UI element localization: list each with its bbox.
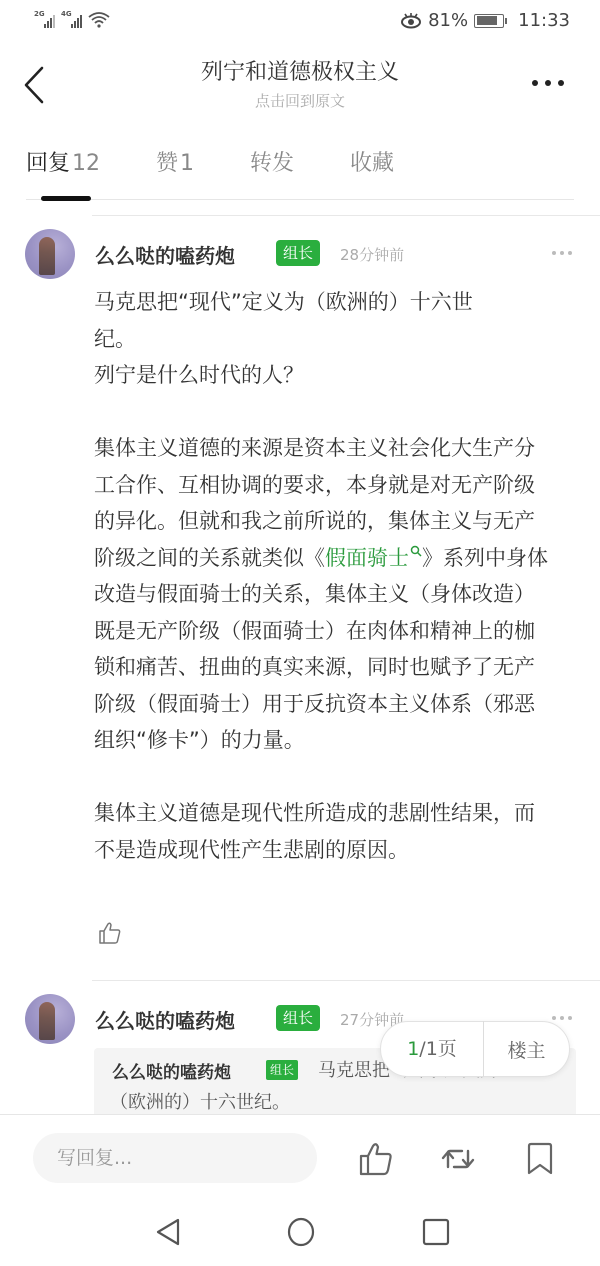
divider (92, 215, 600, 216)
quote-author: 么么哒的嗑药炮 (112, 1058, 231, 1083)
page-pill: 1/1页 楼主 (380, 1021, 570, 1077)
chevron-left-icon[interactable] (20, 64, 50, 106)
comment-time: 28分钟前 (340, 244, 404, 265)
quote-text: （欧洲的）十六世纪。 (110, 1088, 290, 1114)
active-tab-indicator (41, 196, 91, 201)
avatar[interactable] (25, 994, 75, 1044)
thumbs-up-icon[interactable] (98, 921, 122, 945)
signal-label: 4G (61, 10, 72, 18)
more-horizontal-icon[interactable] (532, 80, 564, 86)
search-link[interactable]: 假面骑士 (325, 546, 422, 570)
wifi-icon (88, 12, 110, 28)
signal-label: 2G (34, 10, 45, 18)
tab-label: 转发 (250, 151, 294, 176)
comment-more-icon[interactable] (552, 251, 572, 255)
avatar[interactable] (25, 229, 75, 279)
comment-body: 马克思把“现代”定义为（欧洲的）十六世 纪。 列宁是什么时代的人？ 集体主义道德… (94, 284, 554, 868)
page-title: 列宁和道德极权主义 (100, 58, 500, 88)
text-span: 》系列中身体改造与假面骑士的关系，集体主义（身体改造）既是无产阶级（假面骑士）在… (94, 546, 548, 753)
circle-home-icon[interactable] (285, 1216, 317, 1248)
tab-reposts[interactable]: 转发 (250, 146, 294, 177)
text-line: 马克思把“现代”定义为（欧洲的）十六世 (94, 284, 554, 321)
tab-count: 1 (180, 151, 194, 176)
status-left: 2G 4G (34, 12, 110, 28)
tab-replies[interactable]: 回复12 (26, 146, 100, 177)
eye-comfort-icon (400, 13, 422, 29)
tab-label: 赞 (156, 151, 178, 176)
repost-icon[interactable] (440, 1141, 476, 1177)
page-indicator[interactable]: 1/1页 (381, 1021, 484, 1077)
comment-author[interactable]: 么么哒的嗑药炮 (95, 1005, 235, 1034)
signal-2g-icon: 2G (34, 12, 55, 28)
reply-input[interactable]: 写回复... (33, 1133, 317, 1183)
triangle-back-icon[interactable] (152, 1216, 184, 1248)
tab-label: 收藏 (350, 151, 394, 176)
link-text: 假面骑士 (325, 546, 409, 570)
tab-likes[interactable]: 赞1 (156, 146, 194, 177)
comment-author[interactable]: 么么哒的嗑药炮 (95, 240, 235, 269)
text-line: 列宁是什么时代的人？ (94, 357, 554, 394)
battery-icon (474, 14, 504, 28)
tab-favorites[interactable]: 收藏 (350, 146, 394, 177)
bookmark-icon[interactable] (522, 1141, 558, 1177)
role-badge: 组长 (276, 1005, 320, 1031)
tab-label: 回复 (26, 151, 70, 176)
status-bar: 2G 4G 81% 11:33 (0, 0, 600, 46)
square-recents-icon[interactable] (420, 1216, 452, 1248)
current-page: 1 (407, 1038, 419, 1060)
thumbs-up-icon[interactable] (358, 1141, 394, 1177)
tab-bar: 回复12 赞1 转发 收藏 (26, 140, 574, 200)
search-icon (410, 545, 422, 557)
text-line: 纪。 (94, 321, 554, 358)
battery-percent: 81% (428, 10, 468, 31)
nav-header: 列宁和道德极权主义 点击回到原文 (0, 46, 600, 126)
paragraph: 集体主义道德的来源是资本主义社会化大生产分工合作、互相协调的要求，本身就是对无产… (94, 430, 554, 759)
system-navigation-bar (0, 1202, 600, 1266)
clock: 11:33 (518, 10, 570, 31)
status-right: 81% 11:33 (400, 10, 570, 31)
total-pages: /1页 (419, 1038, 457, 1060)
bottom-action-bar: 写回复... (0, 1114, 600, 1202)
back-to-original-link[interactable]: 点击回到原文 (100, 90, 500, 112)
role-badge: 组长 (276, 240, 320, 266)
quote-role-badge: 组长 (266, 1060, 298, 1080)
signal-4g-icon: 4G (61, 12, 82, 28)
divider (92, 980, 600, 981)
tab-count: 12 (72, 151, 100, 176)
paragraph: 集体主义道德是现代性所造成的悲剧性结果，而不是造成现代性产生悲剧的原因。 (94, 795, 554, 868)
title-area[interactable]: 列宁和道德极权主义 点击回到原文 (100, 58, 500, 112)
comment-more-icon[interactable] (552, 1016, 572, 1020)
owner-only-button[interactable]: 楼主 (484, 1036, 569, 1063)
